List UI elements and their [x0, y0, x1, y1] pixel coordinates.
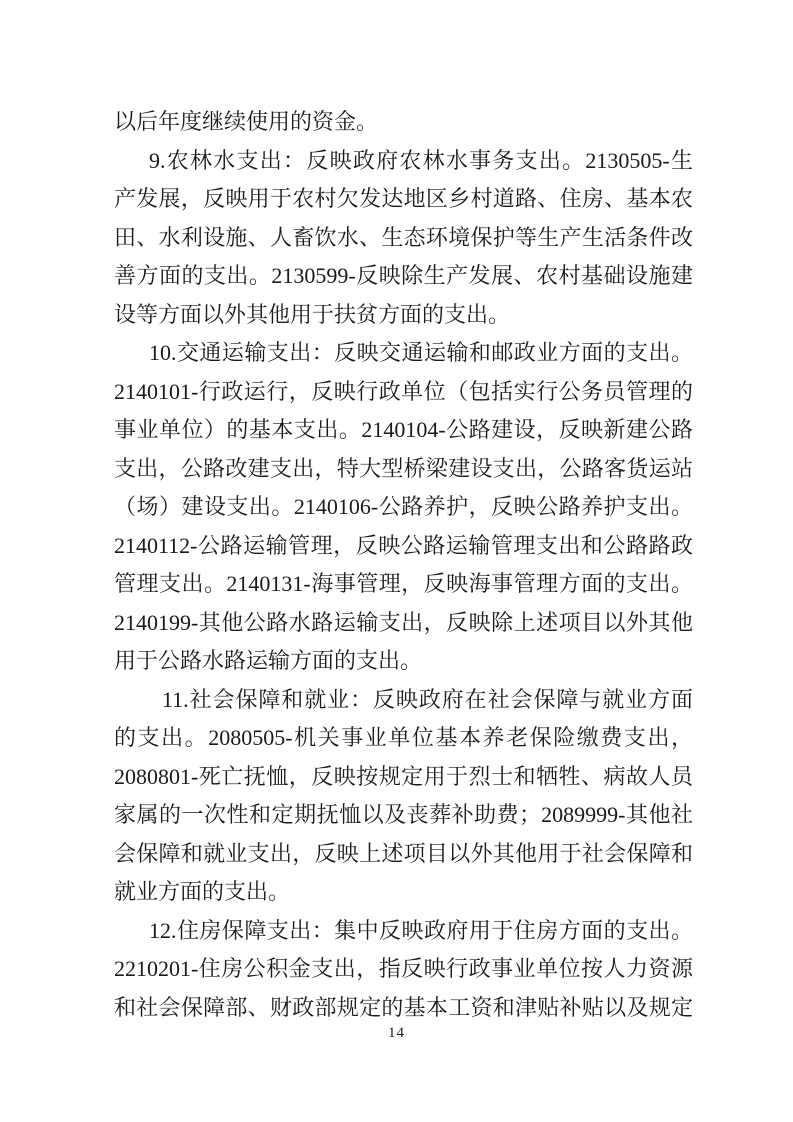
page-footer: 14: [0, 1024, 793, 1042]
text-line: 2210201-住房公积金支出，指反映行政事业单位按人力资源: [114, 950, 693, 989]
text-line: 用于公路水路运输方面的支出。: [114, 642, 693, 681]
text-line: 2140112-公路运输管理，反映公路运输管理支出和公路路政: [114, 527, 693, 566]
document-page: 以后年度继续使用的资金。 9.农林水支出：反映政府农林水事务支出。2130505…: [0, 0, 793, 1122]
text-line: 会保障和就业支出，反映上述项目以外其他用于社会保障和: [114, 835, 693, 874]
text-line: 设等方面以外其他用于扶贫方面的支出。: [114, 296, 693, 335]
text-line: （场）建设支出。2140106-公路养护，反映公路养护支出。: [114, 488, 693, 527]
paragraph-item-12: 12.住房保障支出：集中反映政府用于住房方面的支出。 2210201-住房公积金…: [114, 912, 693, 1028]
text-line: 2140101-行政运行，反映行政单位（包括实行公务员管理的: [114, 373, 693, 412]
text-line: 产发展，反映用于农村欠发达地区乡村道路、住房、基本农: [114, 180, 693, 219]
text-line: 以后年度继续使用的资金。: [114, 103, 693, 142]
text-line: 善方面的支出。2130599-反映除生产发展、农村基础设施建: [114, 257, 693, 296]
text-line: 12.住房保障支出：集中反映政府用于住房方面的支出。: [114, 912, 693, 951]
text-line: 2140199-其他公路水路运输支出，反映除上述项目以外其他: [114, 604, 693, 643]
text-line: 田、水利设施、人畜饮水、生态环境保护等生产生活条件改: [114, 219, 693, 258]
paragraph-item-9: 9.农林水支出：反映政府农林水事务支出。2130505-生 产发展，反映用于农村…: [114, 142, 693, 335]
text-line: 10.交通运输支出：反映交通运输和邮政业方面的支出。: [114, 334, 693, 373]
text-line: 支出，公路改建支出，特大型桥梁建设支出，公路客货运站: [114, 450, 693, 489]
text-line: 11.社会保障和就业：反映政府在社会保障与就业方面: [114, 681, 693, 720]
paragraph-item-10: 10.交通运输支出：反映交通运输和邮政业方面的支出。 2140101-行政运行，…: [114, 334, 693, 681]
text-line: 2080801-死亡抚恤，反映按规定用于烈士和牺牲、病故人员: [114, 758, 693, 797]
page-number: 14: [388, 1025, 405, 1041]
text-line: 9.农林水支出：反映政府农林水事务支出。2130505-生: [114, 142, 693, 181]
text-line: 的支出。2080505-机关事业单位基本养老保险缴费支出，: [114, 719, 693, 758]
paragraph-continuation: 以后年度继续使用的资金。: [114, 103, 693, 142]
paragraph-item-11: 11.社会保障和就业：反映政府在社会保障与就业方面 的支出。2080505-机关…: [114, 681, 693, 912]
text-line: 事业单位）的基本支出。2140104-公路建设，反映新建公路: [114, 411, 693, 450]
text-line: 管理支出。2140131-海事管理，反映海事管理方面的支出。: [114, 565, 693, 604]
document-text: 以后年度继续使用的资金。 9.农林水支出：反映政府农林水事务支出。2130505…: [114, 103, 693, 1027]
text-line: 就业方面的支出。: [114, 873, 693, 912]
text-line: 家属的一次性和定期抚恤以及丧葬补助费；2089999-其他社: [114, 796, 693, 835]
text-line: 和社会保障部、财政部规定的基本工资和津贴补贴以及规定: [114, 989, 693, 1028]
